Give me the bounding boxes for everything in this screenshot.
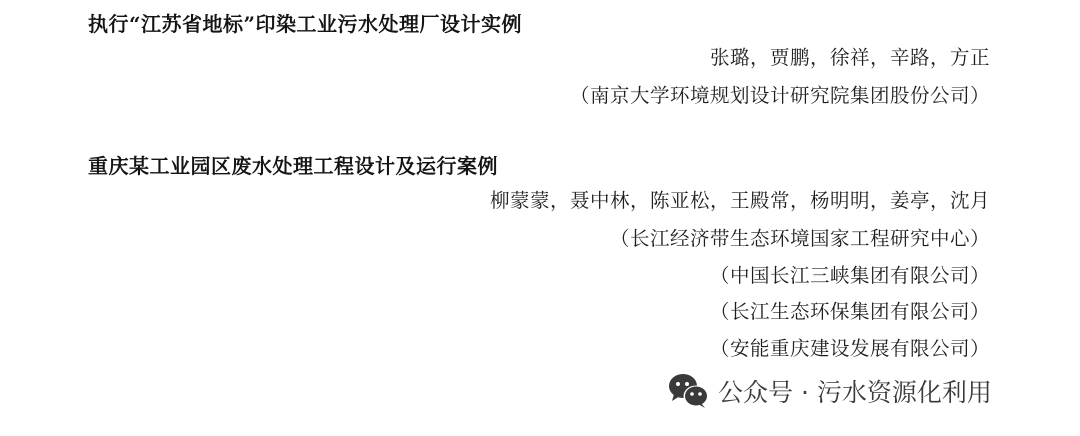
wechat-watermark: 公众号 · 污水资源化利用 bbox=[668, 373, 992, 409]
entry-affiliation: （中国长江三峡集团有限公司） bbox=[710, 260, 990, 288]
entry-title: 重庆某工业园区废水处理工程设计及运行案例 bbox=[88, 150, 498, 179]
entry-affiliation: （南京大学环境规划设计研究院集团股份公司） bbox=[570, 80, 990, 108]
watermark-text: 公众号 · 污水资源化利用 bbox=[718, 373, 992, 409]
wechat-icon bbox=[668, 373, 710, 409]
entry-affiliation: （长江生态环保集团有限公司） bbox=[710, 296, 990, 324]
entry-authors: 柳蒙蒙，聂中林，陈亚松，王殿常，杨明明，姜亭，沈月 bbox=[490, 185, 990, 213]
entry-title: 执行“江苏省地标”印染工业污水处理厂设计实例 bbox=[88, 8, 522, 37]
entry-authors: 张璐，贾鹏，徐祥，辛路，方正 bbox=[710, 42, 990, 70]
entry-affiliation: （安能重庆建设发展有限公司） bbox=[710, 333, 990, 361]
entry-affiliation: （长江经济带生态环境国家工程研究中心） bbox=[610, 223, 990, 251]
